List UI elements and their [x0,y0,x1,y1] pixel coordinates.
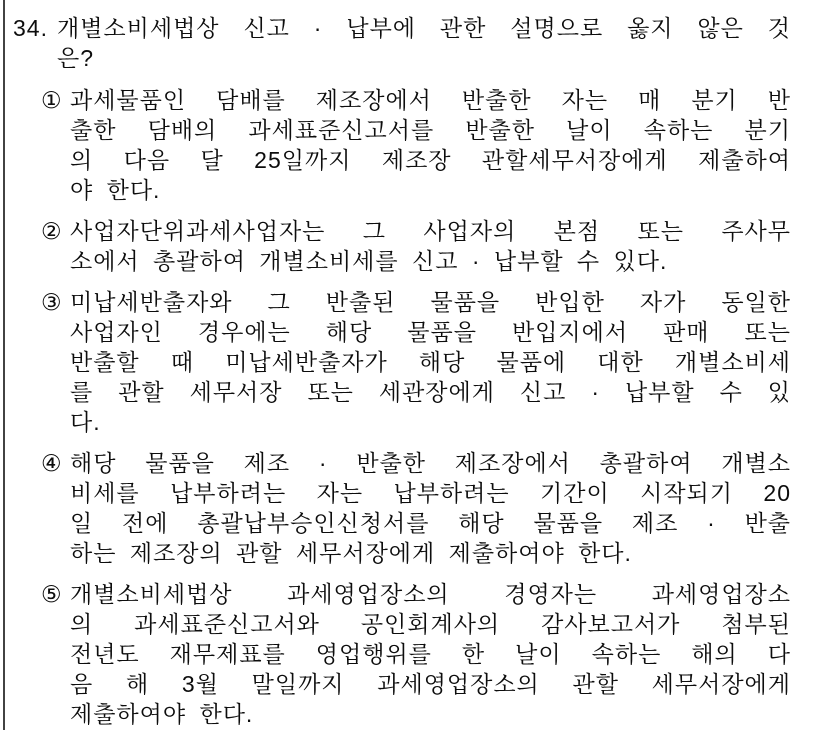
option-line: 일 전에 총괄납부승인신청서를 해당 물품을 제조 · 반출 [70,508,791,538]
option-2: ② 사업자단위과세사업자는 그 사업자의 본점 또는 주사무 소에서 총괄하여 … [0,216,826,276]
question-header: 34. 개별소비세법상 신고 · 납부에 관한 설명으로 옳지 않은 것 은? [0,13,826,73]
option-line: 출한 담배의 과세표준신고서를 반출한 날이 속하는 분기 [70,115,791,145]
option-2-text: 사업자단위과세사업자는 그 사업자의 본점 또는 주사무 소에서 총괄하여 개별… [70,216,791,276]
option-line: 사업자단위과세사업자는 그 사업자의 본점 또는 주사무 [70,216,791,246]
option-line: 의 다음 달 25일까지 제조장 관할세무서장에게 제출하여 [70,145,791,175]
option-5-circled-number: ⑤ [41,579,70,729]
option-4-text: 해당 물품을 제조 · 반출한 제조장에서 총괄하여 개별소 비세를 납부하려는… [70,448,791,568]
option-line: 다. [70,407,791,437]
question-text: 개별소비세법상 신고 · 납부에 관한 설명으로 옳지 않은 것 은? [57,13,791,73]
option-5-text: 개별소비세법상 과세영업장소의 경영자는 과세영업장소 의 과세표준신고서와 공… [70,579,791,729]
option-5: ⑤ 개별소비세법상 과세영업장소의 경영자는 과세영업장소 의 과세표준신고서와… [0,579,826,729]
option-3-text: 미납세반출자와 그 반출된 물품을 반입한 자가 동일한 사업자인 경우에는 해… [70,287,791,437]
exam-page: 34. 개별소비세법상 신고 · 납부에 관한 설명으로 옳지 않은 것 은? … [0,0,826,730]
option-line: 하는 제조장의 관할 세무서장에게 제출하여야 한다. [70,538,791,568]
option-line: 미납세반출자와 그 반출된 물품을 반입한 자가 동일한 [70,287,791,317]
option-line: 를 관할 세무서장 또는 세관장에게 신고 · 납부할 수 있 [70,377,791,407]
option-line: 과세물품인 담배를 제조장에서 반출한 자는 매 분기 반 [70,85,791,115]
option-line: 반출할 때 미납세반출자가 해당 물품에 대한 개별소비세 [70,347,791,377]
question-line: 개별소비세법상 신고 · 납부에 관한 설명으로 옳지 않은 것 [57,13,791,43]
question-number: 34. [13,13,57,73]
option-2-circled-number: ② [41,216,70,276]
option-line: 소에서 총괄하여 개별소비세를 신고 · 납부할 수 있다. [70,246,791,276]
option-1-text: 과세물품인 담배를 제조장에서 반출한 자는 매 분기 반 출한 담배의 과세표… [70,85,791,205]
option-1-circled-number: ① [41,85,70,205]
option-line: 전년도 재무제표를 영업행위를 한 날이 속하는 해의 다 [70,639,791,669]
option-line: 비세를 납부하려는 자는 납부하려는 기간이 시작되기 20 [70,478,791,508]
option-line: 제출하여야 한다. [70,699,791,729]
option-line: 야 한다. [70,175,791,205]
option-line: 음 해 3월 말일까지 과세영업장소의 관할 세무서장에게 [70,669,791,699]
option-1: ① 과세물품인 담배를 제조장에서 반출한 자는 매 분기 반 출한 담배의 과… [0,85,826,205]
option-4: ④ 해당 물품을 제조 · 반출한 제조장에서 총괄하여 개별소 비세를 납부하… [0,448,826,568]
question-line: 은? [57,43,791,73]
option-3-circled-number: ③ [41,287,70,437]
option-3: ③ 미납세반출자와 그 반출된 물품을 반입한 자가 동일한 사업자인 경우에는… [0,287,826,437]
option-line: 사업자인 경우에는 해당 물품을 반입지에서 판매 또는 [70,317,791,347]
option-line: 해당 물품을 제조 · 반출한 제조장에서 총괄하여 개별소 [70,448,791,478]
question-block: 34. 개별소비세법상 신고 · 납부에 관한 설명으로 옳지 않은 것 은? … [0,0,826,729]
option-4-circled-number: ④ [41,448,70,568]
option-line: 의 과세표준신고서와 공인회계사의 감사보고서가 첨부된 [70,609,791,639]
option-line: 개별소비세법상 과세영업장소의 경영자는 과세영업장소 [70,579,791,609]
